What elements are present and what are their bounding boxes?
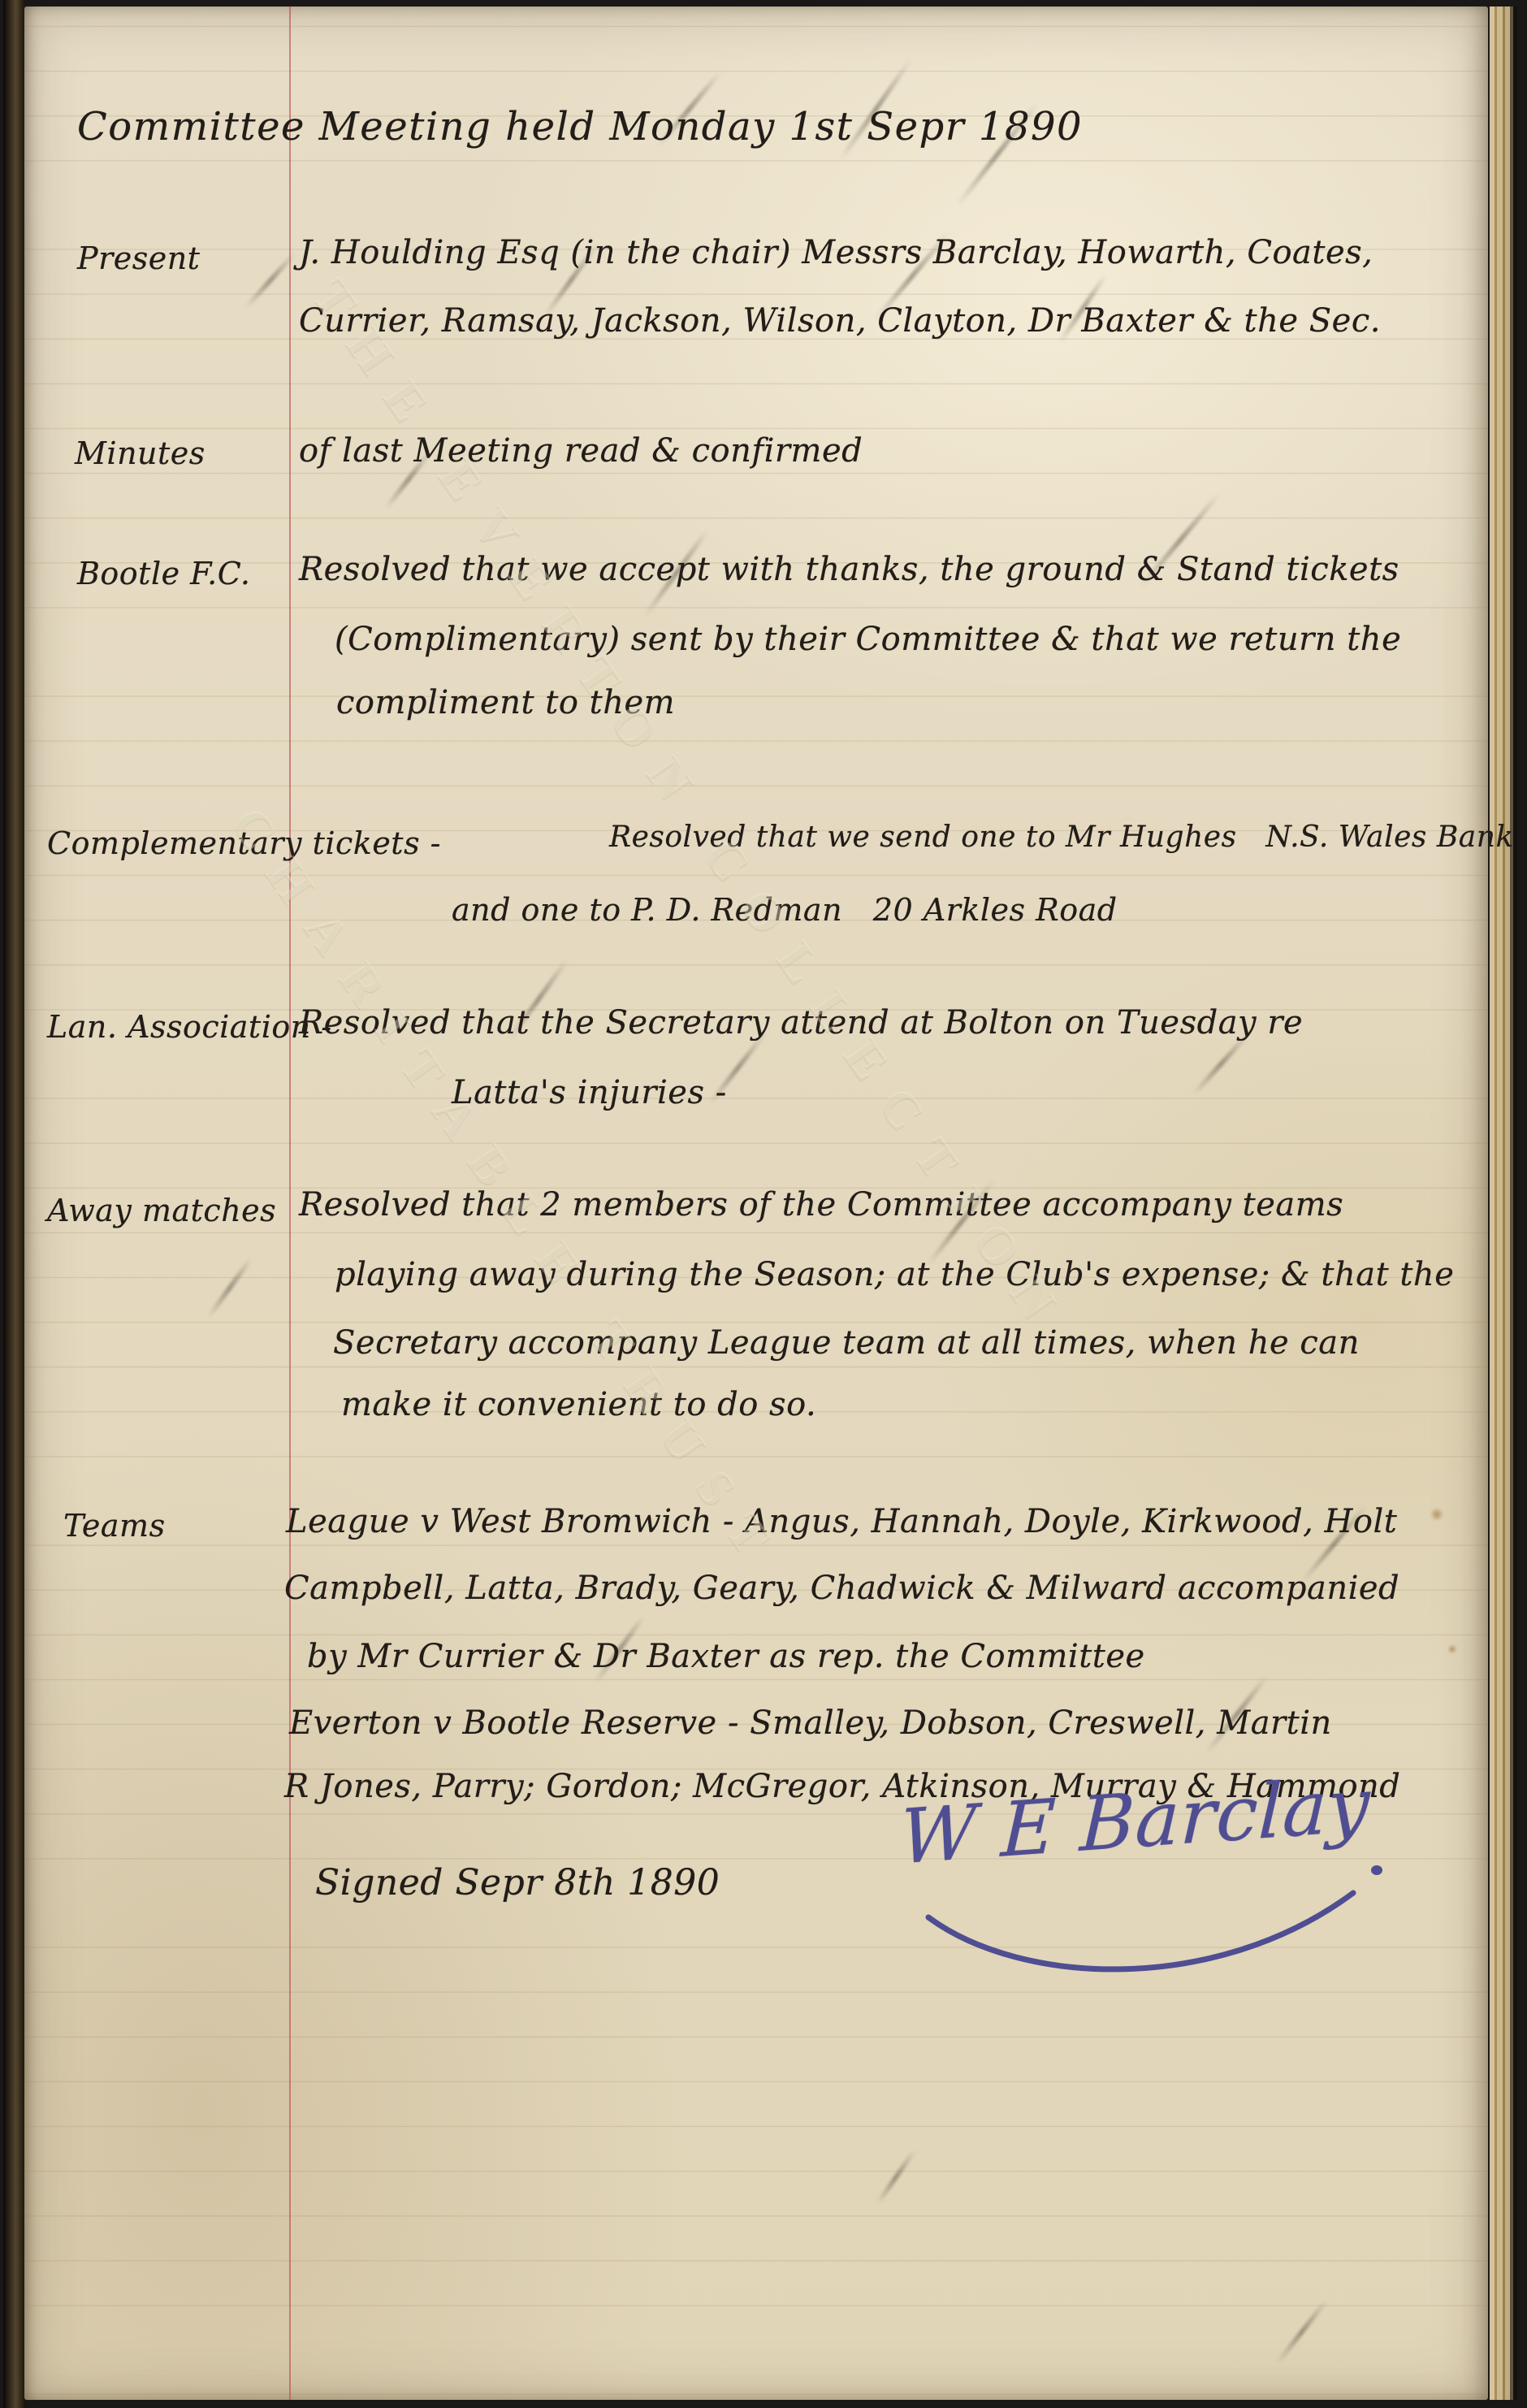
minute-line: playing away during the Season; at the C…	[335, 1256, 1454, 1293]
signature-period	[1371, 1865, 1382, 1875]
minute-line: Secretary accompany League team at all t…	[333, 1324, 1360, 1362]
minute-line: League v West Bromwich - Angus, Hannah, …	[286, 1503, 1397, 1540]
minute-line: and one to P. D. Redman 20 Arkles Road	[452, 892, 1118, 928]
section-label-teams: Teams	[63, 1508, 166, 1544]
minute-line: Everton v Bootle Reserve - Smalley, Dobs…	[289, 1704, 1332, 1742]
book-spine	[3, 0, 26, 2408]
signed-date-line: Signed Sepr 8th 1890	[315, 1862, 720, 1903]
section-label-lan-association: Lan. Association -	[47, 1009, 332, 1045]
section-label-complimentary-tickets: Complementary tickets -	[47, 825, 441, 861]
section-label-bootle-fc: Bootle F.C.	[77, 556, 251, 591]
minute-line: make it convenient to do so.	[341, 1386, 816, 1423]
minute-line: compliment to them	[336, 684, 675, 721]
minute-line: Resolved that we accept with thanks, the…	[299, 551, 1399, 588]
page-edges	[1485, 6, 1517, 2400]
minute-line: (Complimentary) sent by their Committee …	[335, 621, 1401, 658]
minute-line: Currier, Ramsay, Jackson, Wilson, Clayto…	[299, 302, 1381, 340]
foxing-spot	[1447, 1644, 1457, 1654]
signature-flourish	[908, 1869, 1379, 1999]
minute-line: Resolved that the Secretary attend at Bo…	[299, 1004, 1303, 1042]
minute-line: J. Houlding Esq (in the chair) Messrs Ba…	[299, 234, 1373, 271]
minute-line: by Mr Currier & Dr Baxter as rep. the Co…	[307, 1638, 1145, 1675]
minute-line: Resolved that 2 members of the Committee…	[299, 1186, 1343, 1223]
section-label-minutes: Minutes	[75, 435, 205, 471]
scanned-minute-book-photo: { "document": { "title": "Committee Meet…	[0, 0, 1527, 2408]
minute-line: Resolved that we send one to Mr Hughes N…	[609, 821, 1514, 854]
section-label-present: Present	[77, 240, 200, 276]
meeting-title: Committee Meeting held Monday 1st Sepr 1…	[77, 104, 1083, 149]
minute-line: Campbell, Latta, Brady, Geary, Chadwick …	[284, 1570, 1399, 1607]
section-label-away-matches: Away matches	[47, 1193, 276, 1228]
minute-line: Latta's injuries -	[452, 1074, 727, 1111]
minute-line: of last Meeting read & confirmed	[299, 432, 863, 470]
foxing-spot	[1430, 1508, 1444, 1521]
red-margin-line	[289, 6, 291, 2400]
